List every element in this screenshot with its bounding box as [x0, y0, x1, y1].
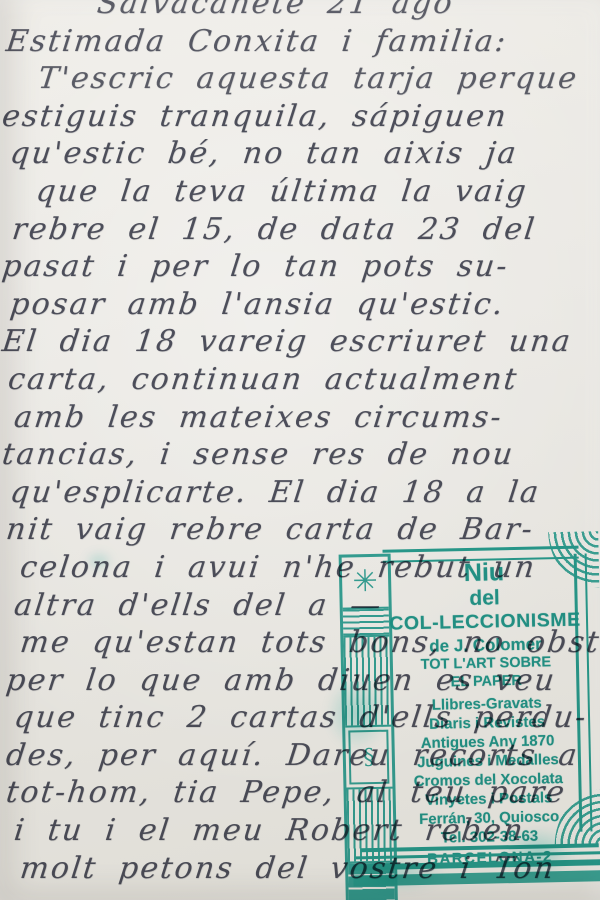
- handwriting-line: qu'estic bé, no tan aixis ja: [0, 135, 600, 173]
- stamp-text-line: de J. Colomer: [429, 633, 542, 656]
- stamp-column-stripes: [343, 609, 390, 638]
- handwriting-line: pasat i per lo tan pots su-: [0, 248, 600, 286]
- handwriting-line: que la teva última la vaig: [0, 173, 600, 211]
- stamp-text-block: NiudelCOL-LECCIONISMEde J. ColomerTOT L'…: [389, 558, 585, 870]
- stamp-text-line: EL PAPER: [451, 672, 523, 691]
- handwriting-line: T'escric aquesta tarja perque: [0, 60, 600, 98]
- handwriting-line: posar amb l'ansia qu'estic.: [0, 286, 600, 324]
- handwriting-line: amb les mateixes circums-: [0, 399, 600, 437]
- handwriting-line: Salvacanete 21 ago: [0, 0, 600, 23]
- handwriting-line: El dia 18 vareig escriuret una: [0, 323, 600, 361]
- stamp-text-line: COL-LECCIONISME: [389, 608, 581, 637]
- handwriting-line: estiguis tranquila, sápiguen: [0, 98, 600, 136]
- handwriting-line: tancias, i sense res de nou: [0, 436, 600, 474]
- stamp-text-line: Niu: [464, 559, 505, 587]
- collector-rubber-stamp: ✳ § NiudelCOL-LECCIONISMEde J. ColomerTO…: [338, 537, 597, 894]
- handwriting-line: qu'esplicarte. El dia 18 a la: [0, 474, 600, 512]
- handwriting-line: carta, continuan actualment: [0, 361, 600, 399]
- stamp-text-line: del: [469, 586, 500, 610]
- star-ornament-icon: ✳: [342, 557, 389, 610]
- stamp-text-line: TOT L'ART SOBRE: [421, 654, 552, 674]
- stamp-text-line: Ferrán, 30, Quiosco: [419, 807, 559, 829]
- handwriting-line: rebre el 15, de data 23 del: [0, 211, 600, 249]
- stamp-text-line: Llibres-Gravats: [432, 693, 542, 714]
- stamp-column-flutes: [343, 637, 391, 728]
- handwriting-line: Estimada Conxita i familia:: [0, 23, 600, 61]
- stamp-text-line: Diaris i Revistes: [429, 712, 545, 733]
- postcard-page: ✳ § NiudelCOL-LECCIONISMEde J. ColomerTO…: [0, 0, 600, 900]
- stamp-ink-smudge: [84, 550, 114, 572]
- stamp-base-lines: [353, 843, 600, 896]
- scroll-ornament-icon: §: [348, 730, 389, 785]
